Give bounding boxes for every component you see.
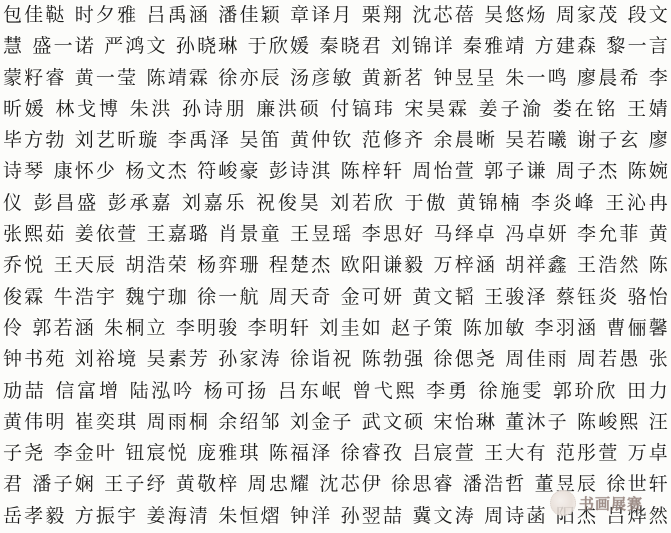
name-list-line: 伶 郭若涵 朱桐立 李明骏 李明轩 刘圭如 赵子策 陈加敏 李羽涵 曹俪馨: [3, 313, 668, 344]
name-list-line: 蒙籽睿 黄一莹 陈靖霖 徐亦辰 汤彦敏 黄新茗 钟昱呈 朱一鸣 廖晨希 李: [3, 63, 668, 94]
name-list: 包佳鞑 时夕雅 吕禹涵 潘佳颖 章译月 栗翔 沈芯蓓 吴悠炀 周家茂 段文 慧 …: [0, 0, 671, 532]
name-list-line: 乔悦 王天辰 胡浩荣 杨弈珊 程楚杰 欧阳谦毅 万梓涵 胡祥鑫 王浩然 陈: [3, 250, 668, 281]
name-list-line: 子尧 李金叶 钮宸悦 庞雅琪 陈福泽 徐睿孜 吕宸萱 王大有 范彤萱 万卓: [3, 438, 668, 469]
name-list-line: 毕方勃 刘艺昕璇 李禹泽 吴笛 黄仲钦 范修齐 余晨晰 吴若曦 谢子玄 廖: [3, 125, 668, 156]
name-list-line: 钟书苑 刘裕境 吴素芳 孙家涛 徐诣祝 陈勃强 徐偲尧 周佳雨 周若愚 张: [3, 344, 668, 375]
name-list-line: 仪 彭昌盛 彭承嘉 刘嘉乐 祝俊昊 刘若欣 于傲 黄锦楠 李炎峰 王沁冉: [3, 188, 668, 219]
name-list-line: 岳孝毅 方振宇 姜海清 朱恒熠 钟洋 孙翌喆 冀文涛 周诗菡 阳杰 吕烨然: [3, 501, 668, 532]
name-list-line: 劢喆 信富增 陆泓吟 杨可扬 吕东岷 曾弋熙 李勇 徐施雯 郭玠欣 田力: [3, 376, 668, 407]
name-list-line: 俊霖 牛浩宇 魏宁珈 徐一航 周天奇 金可妍 黄文韬 王骏泽 蔡钰炎 骆怡: [3, 282, 668, 313]
name-list-line: 包佳鞑 时夕雅 吕禹涵 潘佳颖 章译月 栗翔 沈芯蓓 吴悠炀 周家茂 段文: [3, 0, 668, 31]
name-list-line: 君 潘子娴 王子纾 黄敬梓 周忠耀 沈芯伊 徐思睿 潘浩哲 董昱辰 徐世轩: [3, 469, 668, 500]
name-list-line: 诗琴 康怀少 杨文杰 符峻豪 彭诗淇 陈梓轩 周怡萱 郭子谦 周子杰 陈婉: [3, 156, 668, 187]
document-page: 包佳鞑 时夕雅 吕禹涵 潘佳颖 章译月 栗翔 沈芯蓓 吴悠炀 周家茂 段文 慧 …: [0, 0, 671, 533]
name-list-line: 慧 盛一诺 严鸿文 孙晓琳 于欣媛 秦晓君 刘锦详 秦雅靖 方建森 黎一言: [3, 31, 668, 62]
name-list-line: 张熙茹 姜依萱 王嘉璐 肖景童 王昱瑶 李思好 马绎卓 冯卓妍 李允菲 黄: [3, 219, 668, 250]
name-list-line: 昕媛 林戈博 朱洪 孙诗朋 廉洪硕 付镐玮 宋昊霖 姜子渝 娄在铭 王婧: [3, 94, 668, 125]
name-list-line: 黄伟明 崔奕琪 周雨桐 余绍邹 刘金子 武文硕 宋怡琳 董沐子 陈峻熙 汪: [3, 407, 668, 438]
